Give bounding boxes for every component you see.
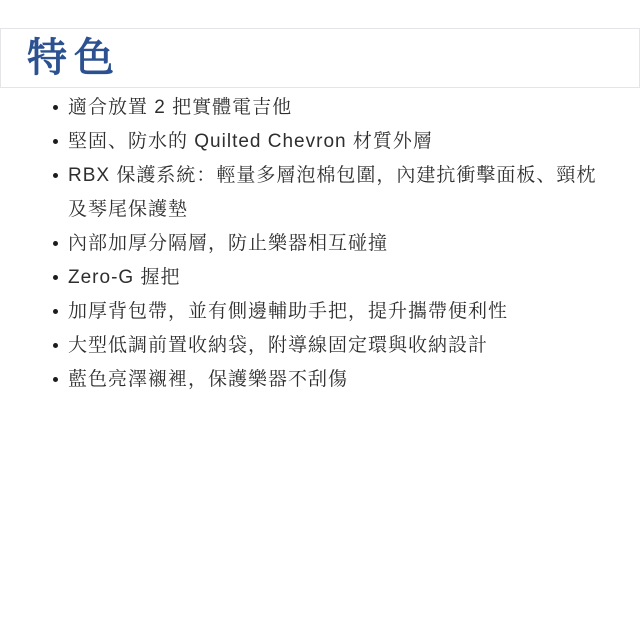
feature-item: 內部加厚分隔層，防止樂器相互碰撞 <box>68 227 612 261</box>
feature-item: 適合放置 2 把實體電吉他 <box>68 91 612 125</box>
features-list: 適合放置 2 把實體電吉他 堅固、防水的 Quilted Chevron 材質外… <box>0 91 640 397</box>
feature-item: 藍色亮澤襯裡，保護樂器不刮傷 <box>68 363 612 397</box>
feature-item: 加厚背包帶，並有側邊輔助手把，提升攜帶便利性 <box>68 295 612 329</box>
page-title: 特色 <box>27 38 121 78</box>
features-header: 特色 <box>0 28 640 88</box>
feature-item: RBX 保護系統：輕量多層泡棉包圍，內建抗衝擊面板、頸枕及琴尾保護墊 <box>68 159 612 227</box>
feature-item: 大型低調前置收納袋，附導線固定環與收納設計 <box>68 329 612 363</box>
feature-item: 堅固、防水的 Quilted Chevron 材質外層 <box>68 125 612 159</box>
feature-item: Zero-G 握把 <box>68 261 612 295</box>
product-features-section: 特色 適合放置 2 把實體電吉他 堅固、防水的 Quilted Chevron … <box>0 0 640 640</box>
